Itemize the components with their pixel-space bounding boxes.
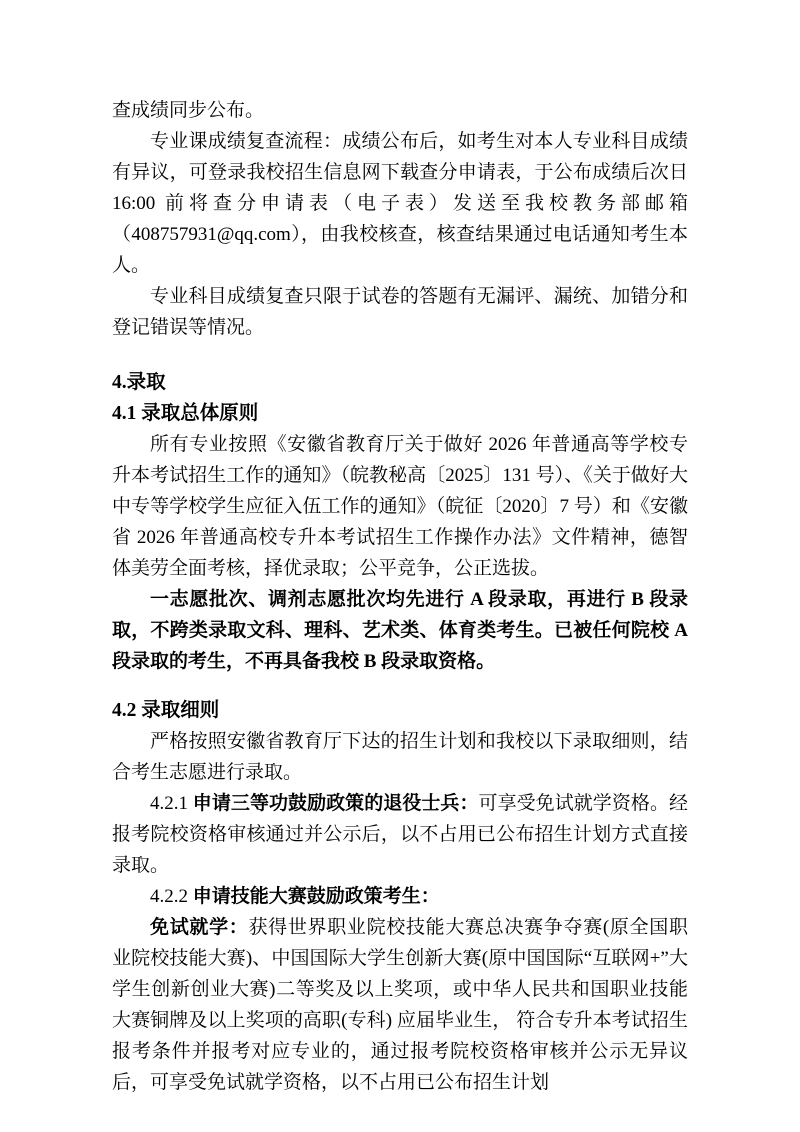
para-score-release: 查成绩同步公布。 bbox=[112, 95, 688, 126]
para-recheck-scope: 专业科目成绩复查只限于试卷的答题有无漏评、漏统、加错分和登记错误等情况。 bbox=[112, 281, 688, 343]
heading-4-2-admission-details: 4.2 录取细则 bbox=[112, 695, 688, 726]
para-recheck-process: 专业课成绩复查流程：成绩公布后，如考生对本人专业科目成绩有异议，可登录我校招生信… bbox=[112, 126, 688, 281]
document-page: 查成绩同步公布。 专业课成绩复查流程：成绩公布后，如考生对本人专业科目成绩有异议… bbox=[0, 0, 800, 1132]
para-4-2-2-number: 4.2.2 bbox=[150, 886, 193, 907]
para-4-2-1-veterans-policy: 4.2.1 申请三等功鼓励政策的退役士兵：可享受免试就学资格。经报考院校资格审核… bbox=[112, 788, 688, 881]
heading-section-4-admission: 4.录取 bbox=[112, 367, 688, 398]
para-batch-rule: 一志愿批次、调剂志愿批次均先进行 A 段录取，再进行 B 段录取，不跨类录取文科… bbox=[112, 584, 688, 677]
para-4-2-1-number: 4.2.1 bbox=[150, 793, 193, 814]
para-overall-principle: 所有专业按照《安徽省教育厅关于做好 2026 年普通高等学校专升本考试招生工作的… bbox=[112, 429, 688, 584]
para-exempt-admission: 免试就学：获得世界职业院校技能大赛总决赛争夺赛(原全国职业院校技能大赛)、中国国… bbox=[112, 912, 688, 1098]
para-exempt-admission-lead: 免试就学： bbox=[150, 917, 248, 938]
heading-4-1-overall-principles: 4.1 录取总体原则 bbox=[112, 398, 688, 429]
para-exempt-admission-text: 获得世界职业院校技能大赛总决赛争夺赛(原全国职业院校技能大赛)、中国国际大学生创… bbox=[112, 917, 688, 1093]
para-4-2-2-skills-competition-policy: 4.2.2 申请技能大赛鼓励政策考生： bbox=[112, 881, 688, 912]
para-detail-intro: 严格按照安徽省教育厅下达的招生计划和我校以下录取细则，结合考生志愿进行录取。 bbox=[112, 726, 688, 788]
para-4-2-2-title: 申请技能大赛鼓励政策考生： bbox=[193, 886, 440, 907]
para-4-2-1-title: 申请三等功鼓励政策的退役士兵： bbox=[193, 793, 479, 814]
